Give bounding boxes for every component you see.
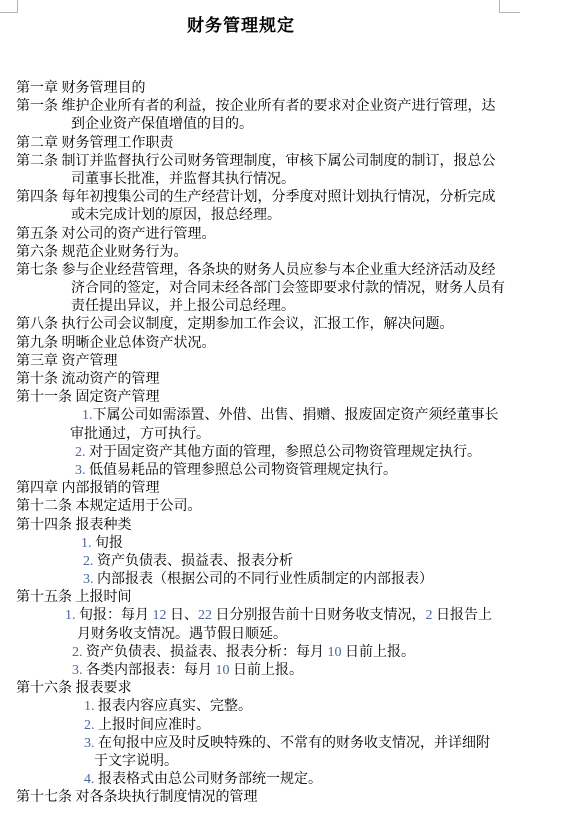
text-line: 第四条 每年初搜集公司的生产经营计划，分季度对照计划执行情况，分析完成: [0, 189, 568, 207]
text-line: 到企业资产保值增值的目的。: [0, 116, 568, 134]
inline-number: 3.: [84, 736, 95, 751]
text-line: 或未完成计划的原因，报总经理。: [0, 207, 568, 225]
text-line: 3. 各类内部报表：每月 10 日前上报。: [0, 662, 568, 680]
inline-number: 2: [426, 608, 433, 623]
text-line: 2. 资产负债表、损益表、报表分析：每月 10 日前上报。: [0, 644, 568, 662]
text-line: 1. 报表内容应真实、完整。: [0, 698, 568, 716]
text-boundary-mark-top-right-horizontal: [499, 12, 520, 13]
inline-number: 10: [328, 645, 342, 660]
inline-number: 3.: [75, 463, 86, 478]
text-line: 1. 旬报：每月 12 日、22 日分别报告前十日财务收支情况，2 日报告上: [0, 607, 568, 625]
text-line: 第十四条 报表种类: [0, 517, 568, 535]
text-line: 于文字说明。: [0, 753, 568, 771]
text-line: 1.下属公司如需添置、外借、出售、捐赠、报废固定资产须经董事长: [0, 407, 568, 425]
document-title: 财务管理规定: [16, 16, 466, 36]
text-line: 3. 在旬报中应及时反映特殊的、不常有的财务收支情况，并详细附: [0, 735, 568, 753]
text-line: 第五条 对公司的资产进行管理。: [0, 226, 568, 244]
text-line: 第九条 明晰企业总体资产状况。: [0, 335, 568, 353]
text-line: 月财务收支情况。遇节假日顺延。: [0, 626, 568, 644]
text-line: 第十条 流动资产的管理: [0, 371, 568, 389]
text-line: 第十五条 上报时间: [0, 589, 568, 607]
text-line: 1. 旬报: [0, 535, 568, 553]
inline-number: 3.: [83, 572, 94, 587]
inline-number: 1.: [65, 608, 76, 623]
inline-number: 1.: [81, 536, 92, 551]
text-line: 司董事长批准，并监督其执行情况。: [0, 171, 568, 189]
text-line: 2. 资产负债表、损益表、报表分析: [0, 553, 568, 571]
text-line: 第二条 制订并监督执行公司财务管理制度，审核下属公司制度的制订，报总公: [0, 153, 568, 171]
inline-number: 4.: [84, 772, 95, 787]
text-line: 第十七条 对各条块执行制度情况的管理: [0, 789, 568, 807]
text-line: 第十一条 固定资产管理: [0, 389, 568, 407]
text-line: 第一章 财务管理目的: [0, 80, 568, 98]
text-line: 3. 内部报表（根据公司的不同行业性质制定的内部报表）: [0, 571, 568, 589]
text-line: 第二章 财务管理工作职责: [0, 135, 568, 153]
inline-number: 2.: [72, 645, 83, 660]
text-line: 第四章 内部报销的管理: [0, 480, 568, 498]
text-line: 责任提出异议，并上报公司总经理。: [0, 298, 568, 316]
text-line: 第七条 参与企业经营管理，各条块的财务人员应参与本企业重大经济活动及经: [0, 262, 568, 280]
text-line: 2. 对于固定资产其他方面的管理，参照总公司物资管理规定执行。: [0, 444, 568, 462]
text-boundary-mark-top-left-vertical: [17, 0, 18, 12]
document-body: 第一章 财务管理目的第一条 维护企业所有者的利益，按企业所有者的要求对企业资产进…: [0, 80, 568, 808]
text-line: 济合同的签定，对合同未经各部门会签即要求付款的情况，财务人员有: [0, 280, 568, 298]
inline-number: 22: [198, 608, 212, 623]
text-line: 4. 报表格式由总公司财务部统一规定。: [0, 771, 568, 789]
document-page: 财务管理规定 第一章 财务管理目的第一条 维护企业所有者的利益，按企业所有者的要…: [0, 0, 568, 813]
inline-number: 10: [216, 663, 230, 678]
inline-number: 3.: [72, 663, 83, 678]
text-line: 第六条 规范企业财务行为。: [0, 244, 568, 262]
text-line: 审批通过，方可执行。: [0, 426, 568, 444]
inline-number: 2.: [83, 554, 94, 569]
text-line: 第一条 维护企业所有者的利益，按企业所有者的要求对企业资产进行管理，达: [0, 98, 568, 116]
text-line: 第八条 执行公司会议制度，定期参加工作会议，汇报工作，解决问题。: [0, 316, 568, 334]
text-line: 第十二条 本规定适用于公司。: [0, 498, 568, 516]
text-line: 第三章 资产管理: [0, 353, 568, 371]
inline-number: 1.: [84, 699, 95, 714]
text-line: 2. 上报时间应准时。: [0, 717, 568, 735]
inline-number: 12: [153, 608, 167, 623]
inline-number: 2.: [84, 718, 95, 733]
inline-number: 1.: [82, 408, 93, 423]
text-line: 第十六条 报表要求: [0, 680, 568, 698]
text-boundary-mark-top-left-horizontal: [0, 12, 18, 13]
text-line: 3. 低值易耗品的管理参照总公司物资管理规定执行。: [0, 462, 568, 480]
text-boundary-mark-top-right-vertical: [499, 0, 500, 12]
inline-number: 2.: [75, 445, 86, 460]
